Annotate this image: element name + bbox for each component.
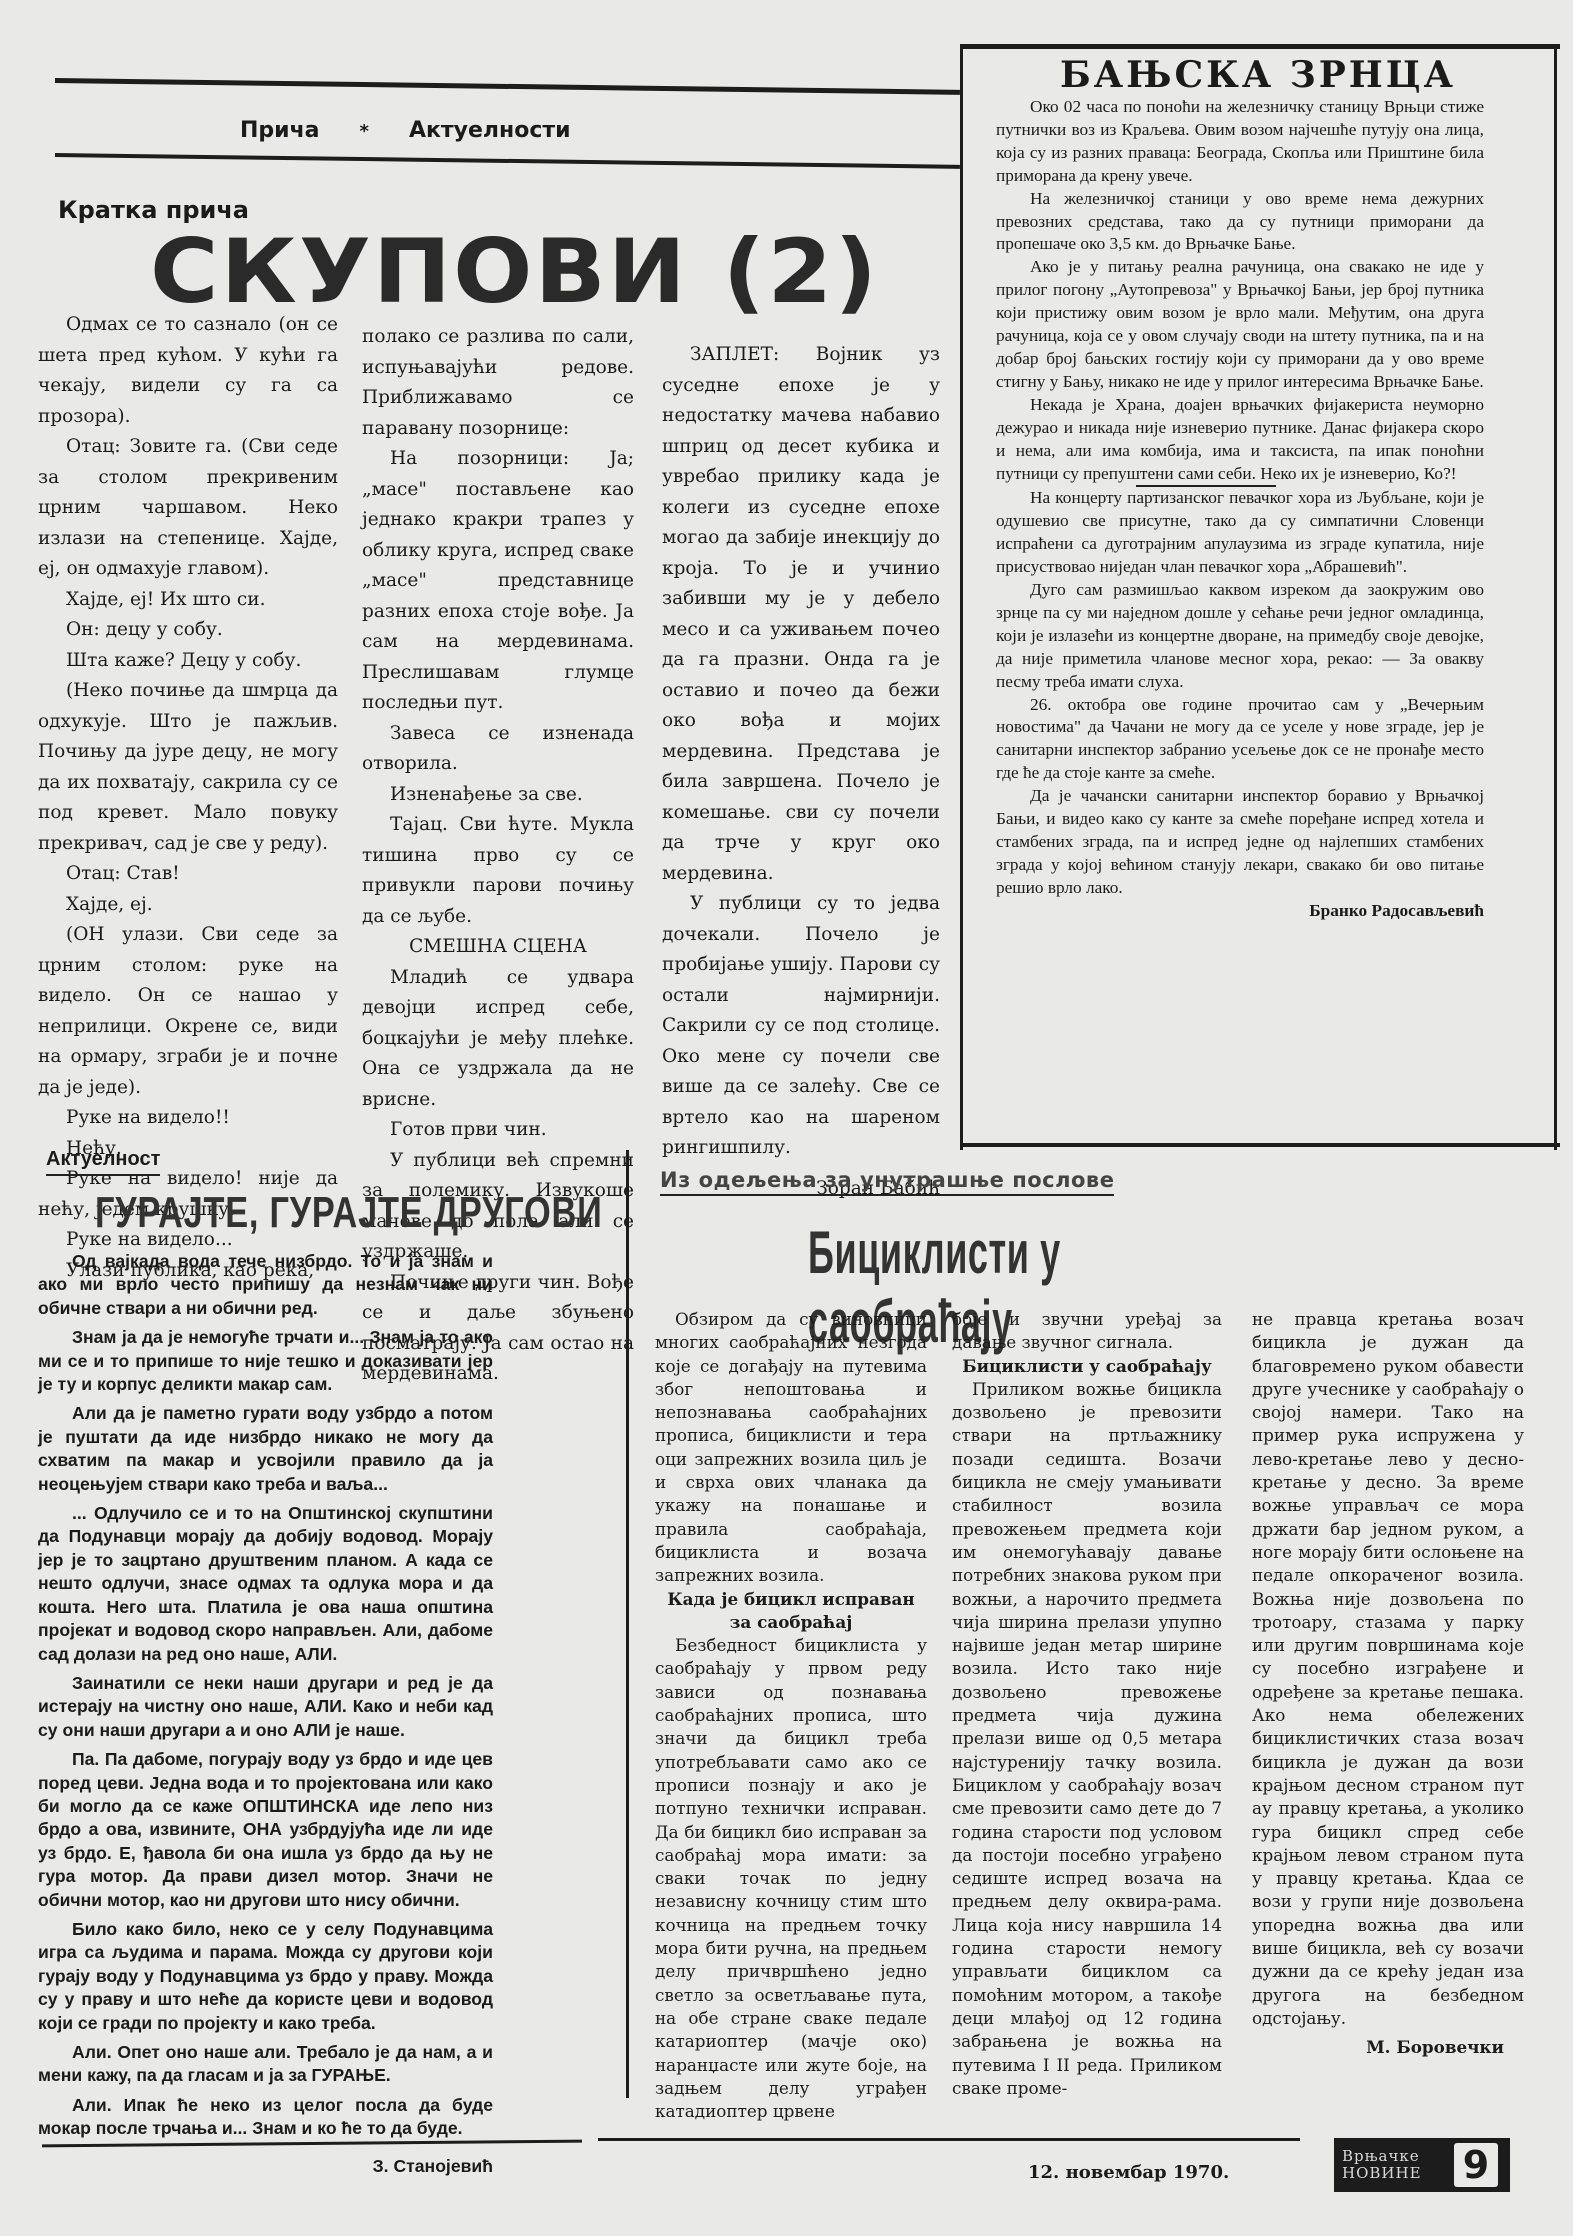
box-author: Бранко Радосављевић <box>996 900 1484 923</box>
story-paragraph: Изненађење за све. <box>362 780 634 811</box>
masthead-line-1: Врњачке <box>1342 2148 1454 2165</box>
story-paragraph: У публици су то једва дочекали. Почело ј… <box>662 889 940 1164</box>
actual-paragraph: ... Одлучило се и то на Општинској скупш… <box>38 1502 493 1666</box>
actual-paragraph: Знам ја да је немогуће трчати и... Знам … <box>38 1326 493 1396</box>
actual-paragraph: Било како било, неко се у селу Подунавци… <box>38 1918 493 2035</box>
actual-section-label: Актуелност <box>46 1148 160 1176</box>
tab-news: Актуелности <box>409 118 571 143</box>
bikes-subhead: Када је бицикл исправан за саобраћај <box>655 1588 927 1635</box>
page-number: 9 <box>1454 2143 1498 2187</box>
actual-paragraph: Али. Ипак ће неко из целог посла да буде… <box>38 2094 493 2141</box>
bottom-right-rule <box>598 2138 1300 2141</box>
story-paragraph: Хајде, еј. <box>38 890 338 921</box>
box-title: БАЊСКА ЗРНЦА <box>1060 54 1456 96</box>
header-top-rule <box>55 78 960 95</box>
bikes-author: М. Боровечки <box>1252 2036 1504 2059</box>
actual-text: Од вајкада вода тече низбрдо. То и ја зн… <box>38 1250 493 2184</box>
bikes-paragraph: не правца кретања возач бицикла је дужан… <box>1252 1308 1524 2030</box>
actual-paragraph: Али. Опет оно наше али. Требало је да на… <box>38 2041 493 2088</box>
section-header: Прича * Актуелности <box>240 118 571 143</box>
story-paragraph: Руке на видело!! <box>38 1103 338 1134</box>
bikes-paragraph: Обзиром да су виновници многих саобраћај… <box>655 1308 927 1588</box>
story-paragraph: Отац: Став! <box>38 859 338 890</box>
story-paragraph: Завеса се изненада отворила. <box>362 719 634 780</box>
masthead-line-2: НОВИНЕ <box>1342 2165 1454 2182</box>
issue-date: 12. новембар 1970. <box>1028 2162 1229 2183</box>
bikes-column-1: Обзиром да су виновници многих саобраћај… <box>655 1308 927 2123</box>
story-paragraph: (Неко почиње да шмрца да одхукује. Што ј… <box>38 676 338 859</box>
story-paragraph: Младић се удвара девојци испред себе, бо… <box>362 963 634 1116</box>
box-paragraph: Да је чачански санитарни инспектор борав… <box>996 785 1484 900</box>
actual-paragraph: Заинатили се неки наши другари и ред је … <box>38 1672 493 1742</box>
story-paragraph: ЗАПЛЕТ: Војник уз суседне епохе је у нед… <box>662 340 940 889</box>
story-paragraph: Готов први чин. <box>362 1115 634 1146</box>
bikes-paragraph: Безбедност бициклиста у саобраћају у прв… <box>655 1634 927 2123</box>
actual-paragraph: Али да је паметно гурати воду узбрдо а п… <box>38 1402 493 1496</box>
story-paragraph: Отац: Зовите га. (Сви седе за столом пре… <box>38 432 338 585</box>
masthead-name: Врњачке НОВИНЕ <box>1334 2148 1454 2182</box>
box-paragraph: Дуго сам размишљао каквом изреком да зао… <box>996 579 1484 694</box>
bikes-paragraph: Приликом вожње бицикла дозвољено је прев… <box>952 1378 1222 2100</box>
bikes-column-3: не правца кретања возач бицикла је дужан… <box>1252 1308 1524 2060</box>
box-paragraph: Око 02 часа по поноћи на железничку стан… <box>996 96 1484 188</box>
story-paragraph: На позорници: Ја; „масе" постављене као … <box>362 444 634 719</box>
tab-story: Прича <box>240 118 320 143</box>
star-separator: * <box>360 121 369 142</box>
bikes-paragraph: боје и звучни уређај за давање звучног с… <box>952 1308 1222 1355</box>
box-paragraph: Ако је у питању реална рачуница, она сва… <box>996 256 1484 393</box>
bikes-column-2: боје и звучни уређај за давање звучног с… <box>952 1308 1222 2100</box>
box-text: Око 02 часа по поноћи на железничку стан… <box>996 96 1484 923</box>
bikes-section-label: Из одељења за унутрашње послове <box>660 1168 1114 1196</box>
actual-paragraph: Па. Па дабоме, погурају воду уз брдо и и… <box>38 1748 493 1912</box>
story-title: СКУПОВИ (2) <box>150 220 879 323</box>
story-subhead: СМЕШНА СЦЕНА <box>362 932 634 963</box>
story-column-3: ЗАПЛЕТ: Војник уз суседне епохе је у нед… <box>662 340 940 1204</box>
story-paragraph: Он: децу у собу. <box>38 615 338 646</box>
story-paragraph: Шта каже? Децу у собу. <box>38 646 338 677</box>
story-paragraph: Одмах се то сазнало (он се шета пред кућ… <box>38 310 338 432</box>
box-bottom-rule <box>960 1143 1560 1147</box>
vertical-divider <box>626 1150 629 2098</box>
header-bottom-rule <box>55 153 960 169</box>
actual-author: З. Станојевић <box>38 2155 493 2178</box>
box-paragraph: На железничкој станици у ово време нема … <box>996 188 1484 257</box>
story-paragraph: Хајде, еј! Их што си. <box>38 585 338 616</box>
actual-headline: ГУРАЈТЕ, ГУРАЈТЕ ДРУГОВИ <box>95 1188 603 1238</box>
story-column-1: Одмах се то сазнало (он се шета пред кућ… <box>38 310 338 1286</box>
story-paragraph: (ОН улази. Сви седе за црним столом: рук… <box>38 920 338 1103</box>
story-paragraph: полако се разлива по сали, испуњавајући … <box>362 322 634 444</box>
actual-paragraph: Од вајкада вода тече низбрдо. То и ја зн… <box>38 1250 493 1320</box>
box-paragraph: 26. октобра ове године прочитао сам у „В… <box>996 694 1484 786</box>
box-paragraph: Некада је Храна, доајен врњачких фијакер… <box>996 394 1484 486</box>
story-paragraph: Тајац. Сви ћуте. Мукла тишина прво су се… <box>362 810 634 932</box>
masthead-logo: Врњачке НОВИНЕ 9 <box>1334 2138 1510 2192</box>
bikes-subhead: Бициклисти у саобраћају <box>952 1355 1222 1378</box>
box-paragraph: На концерту партизанског певачког хора и… <box>996 487 1484 579</box>
